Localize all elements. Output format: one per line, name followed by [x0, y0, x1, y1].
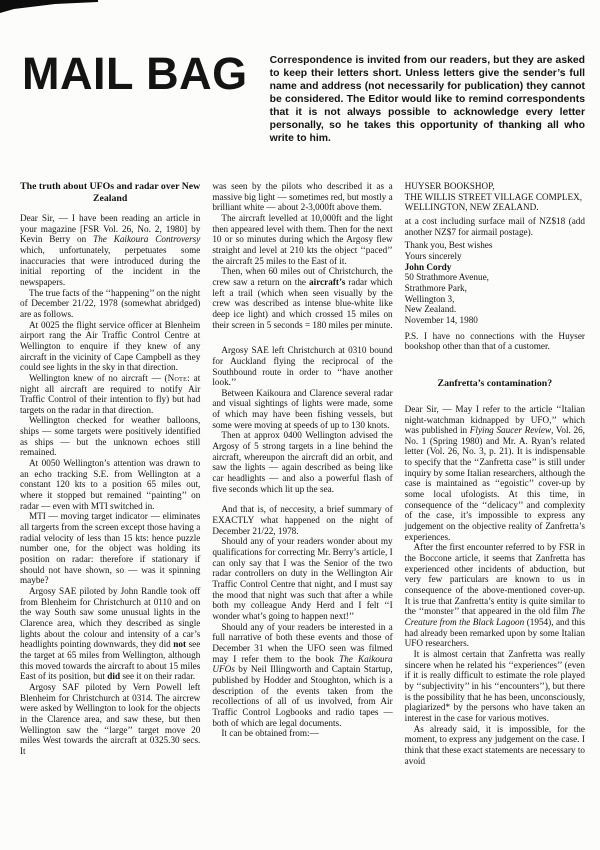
text-segment: And that is, of neccesity, a brief summa… [212, 504, 392, 535]
text-segment: As already said, it is impossible, for t… [405, 724, 585, 766]
text-segment: Between Kaikoura and Clarence several ra… [212, 388, 392, 430]
address-line: HUYSER BOOKSHOP, [405, 181, 585, 192]
letters-columns: The truth about UFOs and radar over New … [0, 181, 600, 766]
address-line: 50 Strathmore Avenue, [405, 272, 585, 283]
spacer [405, 352, 585, 378]
masthead: MAIL BAG Correspondence is invited from … [0, 0, 600, 145]
text-segment: The true facts of the ‘‘happening’’ on t… [20, 288, 200, 319]
paragraph: Should any of your readers be interested… [212, 622, 392, 729]
text-segment: THE WILLIS STREET VILLAGE COMPLEX, [405, 192, 582, 202]
address-line: Yours sincerely [405, 251, 585, 262]
paragraph: It is almost certain that Zanfretta was … [405, 649, 585, 724]
paragraph: P.S. I have no connections with the Huys… [405, 331, 585, 352]
text-segment: New Zealand. [405, 304, 457, 314]
text-segment: see it on their radar. [120, 671, 195, 681]
paragraph: Argosy SAE left Christchurch at 0310 bou… [212, 345, 392, 388]
text-segment: which, unfortunately, perpetuates some i… [20, 245, 200, 287]
text-segment: WELLINGTON, NEW ZEALAND. [405, 202, 539, 212]
paragraph: At 0050 Wellington’s attention was drawn… [20, 458, 200, 511]
letter-heading: Zanfretta’s contamination? [405, 378, 585, 390]
address-line: November 14, 1980 [405, 315, 585, 326]
text-segment: , Vol. 26, No. 1 (Spring 1980) and Mr. A… [405, 425, 585, 542]
paragraph: Then at approx 0400 Wellington advised t… [212, 430, 392, 494]
paragraph: At 0025 the flight service officer at Bl… [20, 320, 200, 373]
paragraph: Wellington checked for weather balloons,… [20, 415, 200, 458]
text-segment: After the first encounter referred to by… [405, 542, 585, 616]
paragraph: Argosy SAF piloted by Vern Powell left B… [20, 682, 200, 757]
text-segment: Wellington knew of no aircraft — ( [29, 373, 168, 383]
page-title: MAIL BAG [22, 54, 248, 94]
paragraph: at a cost including surface mail of NZ$1… [405, 216, 585, 237]
text-segment: Thank you, Best wishes [405, 240, 493, 250]
text-segment: Wellington 3, [405, 294, 455, 304]
text-segment: Should any of your readers wonder about … [212, 536, 392, 621]
paragraph: Argosy SAE piloted by John Randle took o… [20, 586, 200, 682]
spacer [212, 330, 392, 345]
paragraph: And that is, of neccesity, a brief summa… [212, 504, 392, 536]
paragraph: Then, when 60 miles out of Christchurch,… [212, 266, 392, 330]
text-segment: It can be obtained from:— [221, 728, 318, 738]
text-segment: The aircraft levelled at 10,000ft and th… [212, 213, 392, 266]
paragraph: Wellington knew of no aircraft — (Note: … [20, 373, 200, 416]
text-segment: at a cost including surface mail of NZ$1… [405, 216, 585, 237]
text-segment: Argosy SAE left Christchurch at 0310 bou… [212, 345, 392, 387]
address-line: New Zealand. [405, 304, 585, 315]
paragraph: Between Kaikoura and Clarence several ra… [212, 388, 392, 431]
text-segment: by Neil Illingworth and Captain Startup,… [212, 664, 392, 727]
paragraph: The true facts of the ‘‘happening’’ on t… [20, 288, 200, 320]
address-line: John Cordy [405, 262, 585, 273]
paragraph: was seen by the pilots who described it … [212, 181, 392, 213]
text-segment: At 0025 the flight service officer at Bl… [20, 320, 200, 373]
column-2: was seen by the pilots who described it … [212, 181, 392, 766]
paragraph: After the first encounter referred to by… [405, 542, 585, 649]
text-segment: MTI — moving target indicator — eliminat… [20, 511, 200, 585]
address-line: Thank you, Best wishes [405, 240, 585, 251]
text-segment: Argosy SAF piloted by Vern Powell left B… [20, 682, 200, 756]
text-segment: Strathmore Park, [405, 283, 467, 293]
address-line: Strathmore Park, [405, 283, 585, 294]
text-segment: was seen by the pilots who described it … [212, 181, 392, 212]
column-1: The truth about UFOs and radar over New … [20, 181, 200, 766]
text-segment: November 14, 1980 [405, 315, 478, 325]
address-line: WELLINGTON, NEW ZEALAND. [405, 202, 585, 213]
paragraph: THE WILLIS STREET VILLAGE COMPLEX, [405, 192, 585, 203]
text-segment: did [107, 671, 120, 681]
paragraph: The aircraft levelled at 10,000ft and th… [212, 213, 392, 266]
paragraph: MTI — moving target indicator — eliminat… [20, 511, 200, 586]
paragraph: As already said, it is impossible, for t… [405, 724, 585, 767]
column-3: HUYSER BOOKSHOP,THE WILLIS STREET VILLAG… [405, 181, 585, 766]
text-segment: P.S. I have no connections with the Huys… [405, 331, 585, 352]
letter-heading: The truth about UFOs and radar over New … [20, 181, 200, 205]
paragraph: Dear Sir, — I have been reading an artic… [20, 213, 200, 288]
text-segment: 50 Strathmore Avenue, [405, 272, 489, 282]
text-segment: Yours sincerely [405, 251, 462, 261]
text-segment: The Kaikoura Controversy [93, 234, 200, 244]
paragraph: It can be obtained from:— [212, 728, 392, 739]
text-segment: HUYSER BOOKSHOP, [405, 181, 495, 191]
text-segment: Note: [168, 373, 190, 383]
paragraph: Dear Sir, — May I refer to the article ‘… [405, 404, 585, 543]
text-segment: Wellington checked for weather balloons,… [20, 415, 200, 457]
text-segment: It is almost certain that Zanfretta was … [405, 649, 585, 723]
text-segment: Then at approx 0400 Wellington advised t… [212, 430, 392, 493]
paragraph: Should any of your readers wonder about … [212, 536, 392, 621]
text-segment: not [173, 639, 186, 649]
text-segment: Flying Saucer Review [470, 425, 551, 435]
address-line: Wellington 3, [405, 294, 585, 305]
spacer [212, 494, 392, 504]
text-segment: aircraft’s [309, 277, 345, 287]
text-segment: John Cordy [405, 262, 452, 272]
magazine-page: MAIL BAG Correspondence is invited from … [0, 0, 600, 850]
text-segment: At 0050 Wellington’s attention was drawn… [20, 458, 200, 511]
editor-notice: Correspondence is invited from our reade… [270, 54, 585, 145]
